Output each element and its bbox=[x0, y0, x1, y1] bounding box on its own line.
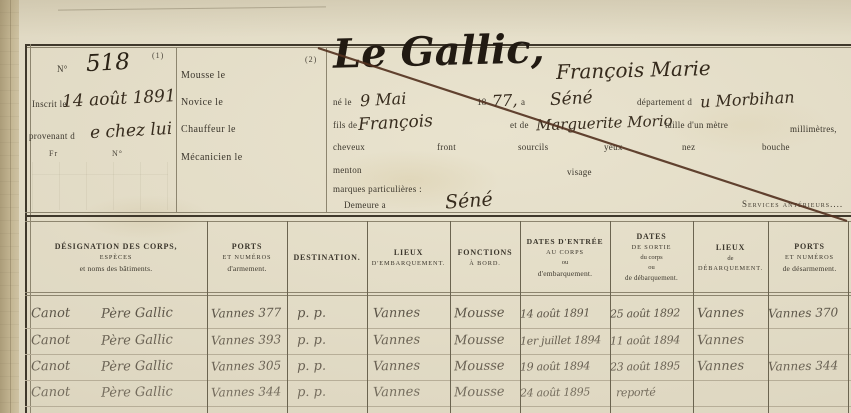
cell-debarquement: Vannes bbox=[693, 300, 768, 326]
cell-date-sortie: 23 août 1895 bbox=[610, 353, 693, 379]
service-row: Canot Père Gallic Vannes 344 p. p. Vanne… bbox=[25, 379, 851, 405]
armement-value: Vannes 344 bbox=[207, 384, 281, 399]
provenant-label: provenant d bbox=[29, 131, 75, 141]
service-row: Canot Père Gallic Vannes 377 p. p. Vanne… bbox=[25, 300, 851, 326]
cell-date-entree: 14 août 1891 bbox=[520, 300, 610, 326]
column-divider bbox=[176, 47, 177, 212]
header-line: ou bbox=[562, 259, 569, 266]
cell-date-entree: 19 août 1894 bbox=[520, 353, 610, 379]
header-line: ou bbox=[648, 264, 655, 271]
embarquement-value: Vannes bbox=[367, 384, 420, 400]
embarquement-value: Vannes bbox=[367, 305, 420, 321]
bouche-label: bouche bbox=[762, 142, 790, 152]
table-top-line bbox=[25, 221, 851, 222]
col-header-designation: DÉSIGNATION DES CORPS, ESPÈCES et noms d… bbox=[25, 223, 207, 291]
header-line: de désarmement. bbox=[783, 264, 837, 273]
date-sortie-value: 11 août 1894 bbox=[610, 333, 680, 347]
services-table-header: DÉSIGNATION DES CORPS, ESPÈCES et noms d… bbox=[25, 223, 851, 291]
debarquement-value: Vannes bbox=[693, 305, 744, 321]
cell-desarmement bbox=[768, 379, 851, 405]
date-sortie-value: 23 août 1895 bbox=[610, 359, 680, 373]
ship-name-value: Père Gallic bbox=[83, 357, 207, 374]
rank-mecanicien-label: Mécanicien le bbox=[181, 152, 243, 163]
cell-date-sortie: 11 août 1894 bbox=[610, 327, 693, 353]
fonction-value: Mousse bbox=[450, 384, 505, 400]
provenance-value: e chez lui bbox=[90, 119, 173, 143]
ship-name-value: Père Gallic bbox=[83, 383, 207, 400]
et-de-label: et de bbox=[510, 120, 529, 130]
armement-value: Vannes 393 bbox=[207, 332, 281, 347]
desarmement-value: Vannes 370 bbox=[768, 305, 838, 320]
cell-armement: Vannes 393 bbox=[207, 327, 287, 353]
desarmement-value: Vannes 344 bbox=[768, 358, 838, 373]
footnote-1: (1) bbox=[152, 51, 164, 60]
cell-destination: p. p. bbox=[287, 353, 367, 379]
date-entree-value: 19 août 1894 bbox=[520, 359, 590, 373]
millimetres-label: millimètres, bbox=[790, 124, 837, 134]
yeux-label: yeux bbox=[604, 142, 623, 152]
header-line: ET NUMÉROS bbox=[223, 254, 272, 261]
year-printed: 18 bbox=[477, 97, 487, 107]
header-line: ET NUMÉROS bbox=[785, 254, 834, 261]
destination-value: p. p. bbox=[287, 332, 326, 348]
cell-destination: p. p. bbox=[287, 327, 367, 353]
fonction-value: Mousse bbox=[450, 332, 505, 348]
header-line: D'EMBARQUEMENT. bbox=[372, 260, 445, 267]
mother-handwritten: Marguerite Morio bbox=[536, 112, 673, 135]
species-value: Canot bbox=[25, 384, 83, 400]
visage-label: visage bbox=[567, 167, 592, 177]
service-row: Canot Père Gallic Vannes 393 p. p. Vanne… bbox=[25, 327, 851, 353]
header-bottom-line bbox=[25, 292, 851, 293]
col-header-lieux-debarquement: LIEUX de DÉBARQUEMENT. bbox=[693, 223, 768, 291]
cell-armement: Vannes 377 bbox=[207, 300, 287, 326]
cell-date-sortie: 25 août 1892 bbox=[610, 300, 693, 326]
header-line: LIEUX bbox=[716, 243, 745, 252]
col-header-ports-desarmement: PORTS ET NUMÉROS de désarmement. bbox=[768, 223, 851, 291]
rank-chauffeur-label: Chauffeur le bbox=[181, 124, 236, 135]
cell-fonction: Mousse bbox=[450, 327, 520, 353]
cell-fonction: Mousse bbox=[450, 353, 520, 379]
section-divider bbox=[25, 212, 851, 213]
cell-debarquement bbox=[693, 379, 768, 405]
cell-destination: p. p. bbox=[287, 300, 367, 326]
front-label: front bbox=[437, 142, 456, 152]
fonction-value: Mousse bbox=[450, 358, 505, 374]
ship-name-value: Père Gallic bbox=[83, 304, 207, 321]
sourcils-label: sourcils bbox=[518, 142, 548, 152]
cell-embarquement: Vannes bbox=[367, 379, 450, 405]
cell-debarquement: Vannes bbox=[693, 353, 768, 379]
cell-designation: Canot Père Gallic bbox=[25, 353, 207, 379]
cell-debarquement: Vannes bbox=[693, 327, 768, 353]
header-line: DÉSIGNATION DES CORPS, bbox=[55, 242, 178, 251]
destination-value: p. p. bbox=[287, 384, 326, 400]
number-label: N° bbox=[57, 64, 68, 74]
date-entree-value: 14 août 1891 bbox=[520, 306, 590, 320]
departement-label: département d bbox=[637, 97, 692, 107]
species-value: Canot bbox=[25, 305, 83, 321]
header-line: DÉBARQUEMENT. bbox=[698, 265, 763, 272]
header-line: À BORD. bbox=[469, 260, 501, 267]
residence-handwritten: Séné bbox=[444, 188, 493, 213]
col-header-destination: DESTINATION. bbox=[287, 223, 367, 291]
inscription-date: 14 août 1891 bbox=[62, 86, 177, 112]
scanned-register-page: (1) N° 518 Inscrit le 14 août 1891 prove… bbox=[0, 0, 851, 413]
cell-desarmement: Vannes 344 bbox=[768, 353, 851, 379]
header-line: de débarquement. bbox=[625, 274, 678, 282]
cell-date-sortie: reporté bbox=[610, 379, 693, 405]
matricule-number: 518 bbox=[85, 49, 130, 77]
header-line: et noms des bâtiments. bbox=[80, 264, 153, 273]
row-rule bbox=[25, 406, 851, 407]
cell-fonction: Mousse bbox=[450, 379, 520, 405]
marques-label: marques particulières : bbox=[333, 184, 422, 194]
a-label: a bbox=[521, 97, 525, 107]
col-header-ports-armement: PORTS ET NUMÉROS d'armement. bbox=[207, 223, 287, 291]
rank-novice-label: Novice le bbox=[181, 97, 223, 108]
embarquement-value: Vannes bbox=[367, 332, 420, 348]
species-value: Canot bbox=[25, 332, 83, 348]
cell-desarmement bbox=[768, 327, 851, 353]
column-divider bbox=[326, 47, 327, 212]
header-line: DATES D'ENTRÉE bbox=[527, 237, 604, 246]
ship-name-value: Père Gallic bbox=[83, 331, 207, 348]
cell-armement: Vannes 344 bbox=[207, 379, 287, 405]
service-row: Canot Père Gallic Vannes 305 p. p. Vanne… bbox=[25, 353, 851, 379]
header-line: de bbox=[727, 255, 733, 262]
header-line: LIEUX bbox=[394, 248, 423, 257]
cell-embarquement: Vannes bbox=[367, 353, 450, 379]
footnote-2: (2) bbox=[305, 55, 317, 64]
cell-designation: Canot Père Gallic bbox=[25, 379, 207, 405]
nez-label: nez bbox=[682, 142, 695, 152]
ne-le-label: né le bbox=[333, 97, 352, 107]
demeure-label: Demeure a bbox=[344, 200, 386, 210]
surname-handwritten: Le Gallic, bbox=[333, 29, 545, 75]
armement-value: Vannes 377 bbox=[207, 305, 281, 320]
destination-value: p. p. bbox=[287, 358, 326, 374]
col-header-lieux-embarquement: LIEUX D'EMBARQUEMENT. bbox=[367, 223, 450, 291]
debarquement-value: Vannes bbox=[693, 332, 744, 348]
year-handwritten: 77, bbox=[492, 90, 518, 110]
cell-designation: Canot Père Gallic bbox=[25, 327, 207, 353]
destination-value: p. p. bbox=[287, 305, 326, 321]
debarquement-value: Vannes bbox=[693, 358, 744, 374]
cell-destination: p. p. bbox=[287, 379, 367, 405]
section-divider-thick bbox=[25, 215, 851, 217]
cell-fonction: Mousse bbox=[450, 300, 520, 326]
header-line: DE SORTIE bbox=[632, 244, 672, 251]
header-line: AU CORPS bbox=[546, 249, 584, 256]
cell-date-entree: 24 août 1895 bbox=[520, 379, 610, 405]
fonction-value: Mousse bbox=[450, 305, 505, 321]
header-bottom-line bbox=[25, 295, 851, 296]
header-line: FONCTIONS bbox=[458, 248, 513, 257]
date-entree-value: 24 août 1895 bbox=[520, 385, 590, 399]
date-sortie-value: 25 août 1892 bbox=[610, 306, 680, 320]
folio-label: Fr bbox=[49, 149, 58, 158]
header-line: DATES bbox=[636, 232, 666, 241]
ink-showthrough-grid bbox=[32, 162, 168, 210]
date-entree-value: 1er juillet 1894 bbox=[520, 333, 601, 347]
given-names-handwritten: François Marie bbox=[556, 56, 711, 84]
cell-armement: Vannes 305 bbox=[207, 353, 287, 379]
rank-mousse-label: Mousse le bbox=[181, 70, 225, 81]
cell-embarquement: Vannes bbox=[367, 300, 450, 326]
species-value: Canot bbox=[25, 358, 83, 374]
birth-date-handwritten: 9 Mai bbox=[360, 89, 407, 110]
col-header-dates-entree: DATES D'ENTRÉE AU CORPS ou d'embarquemen… bbox=[520, 223, 610, 291]
embarquement-value: Vannes bbox=[367, 358, 420, 374]
cell-designation: Canot Père Gallic bbox=[25, 300, 207, 326]
cell-desarmement: Vannes 370 bbox=[768, 300, 851, 326]
birth-place-handwritten: Séné bbox=[550, 88, 594, 110]
services-anterieurs-label: Services antérieurs.... bbox=[742, 199, 843, 209]
cheveux-label: cheveux bbox=[333, 142, 365, 152]
fils-de-label: fils de bbox=[333, 120, 357, 130]
col-header-fonctions: FONCTIONS À BORD. bbox=[450, 223, 520, 291]
armement-value: Vannes 305 bbox=[207, 358, 281, 373]
header-line: d'armement. bbox=[227, 264, 266, 273]
header-line: DESTINATION. bbox=[293, 253, 360, 262]
header-line: PORTS bbox=[794, 242, 824, 251]
header-line: d'embarquement. bbox=[538, 269, 593, 278]
menton-label: menton bbox=[333, 165, 362, 175]
header-line: du corps bbox=[640, 254, 662, 261]
father-handwritten: François bbox=[358, 111, 434, 135]
header-line: PORTS bbox=[232, 242, 262, 251]
cell-date-entree: 1er juillet 1894 bbox=[520, 327, 610, 353]
numero-label: N° bbox=[112, 149, 123, 158]
col-header-dates-sortie: DATES DE SORTIE du corps ou de débarquem… bbox=[610, 223, 693, 291]
cell-embarquement: Vannes bbox=[367, 327, 450, 353]
date-sortie-value: reporté bbox=[610, 385, 656, 399]
taille-label: taille d'un mètre bbox=[665, 120, 728, 130]
header-line: ESPÈCES bbox=[100, 254, 133, 261]
